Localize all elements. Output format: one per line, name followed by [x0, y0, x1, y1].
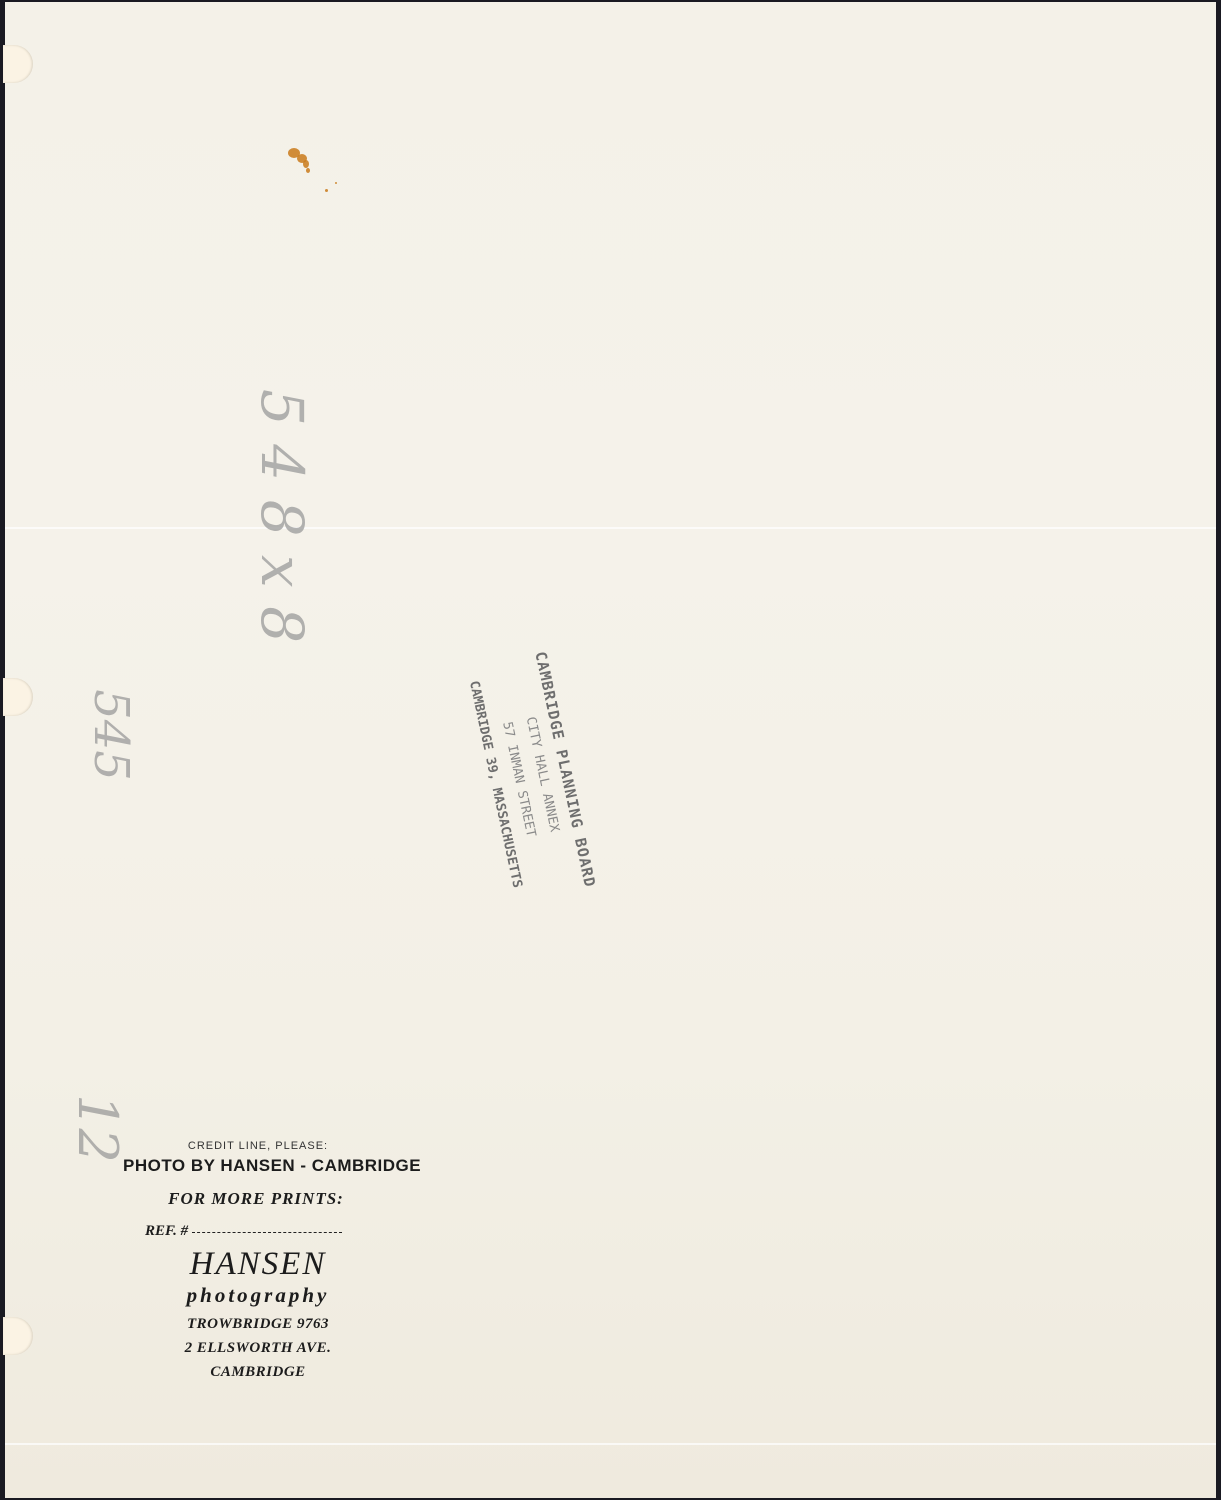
studio-city: CAMBRIDGE: [93, 1360, 423, 1384]
handwritten-size-note: 5 4 8 x 8: [248, 389, 316, 643]
photo-back-page: 5 4 8 x 8 545 12 CAMBRIDGE PLANNING BOAR…: [5, 2, 1216, 1498]
binder-hole: [3, 45, 33, 83]
binder-hole: [3, 678, 33, 716]
ref-blank-line: [192, 1232, 342, 1233]
fold-line: [5, 527, 1216, 529]
studio-name: HANSEN: [93, 1246, 423, 1283]
more-prints-label: FOR MORE PRINTS:: [89, 1189, 423, 1209]
photographer-credit-stamp: CREDIT LINE, PLEASE: PHOTO BY HANSEN - C…: [123, 1140, 423, 1384]
studio-address: 2 ELLSWORTH AVE.: [93, 1336, 423, 1360]
photo-by-line: PHOTO BY HANSEN - CAMBRIDGE: [123, 1156, 423, 1176]
reference-number-field: REF. #: [145, 1223, 423, 1240]
studio-subtitle: photography: [93, 1283, 423, 1308]
ref-label: REF. #: [145, 1223, 188, 1239]
handwritten-number-note: 545: [83, 689, 139, 781]
fold-line: [5, 1443, 1216, 1445]
credit-line-label: CREDIT LINE, PLEASE:: [93, 1140, 423, 1152]
binder-hole: [3, 1317, 33, 1355]
handwritten-extra-note: 12: [66, 1094, 129, 1163]
studio-phone: TROWBRIDGE 9763: [93, 1312, 423, 1336]
planning-board-stamp: CAMBRIDGE PLANNING BOARD CITY HALL ANNEX…: [460, 642, 600, 912]
